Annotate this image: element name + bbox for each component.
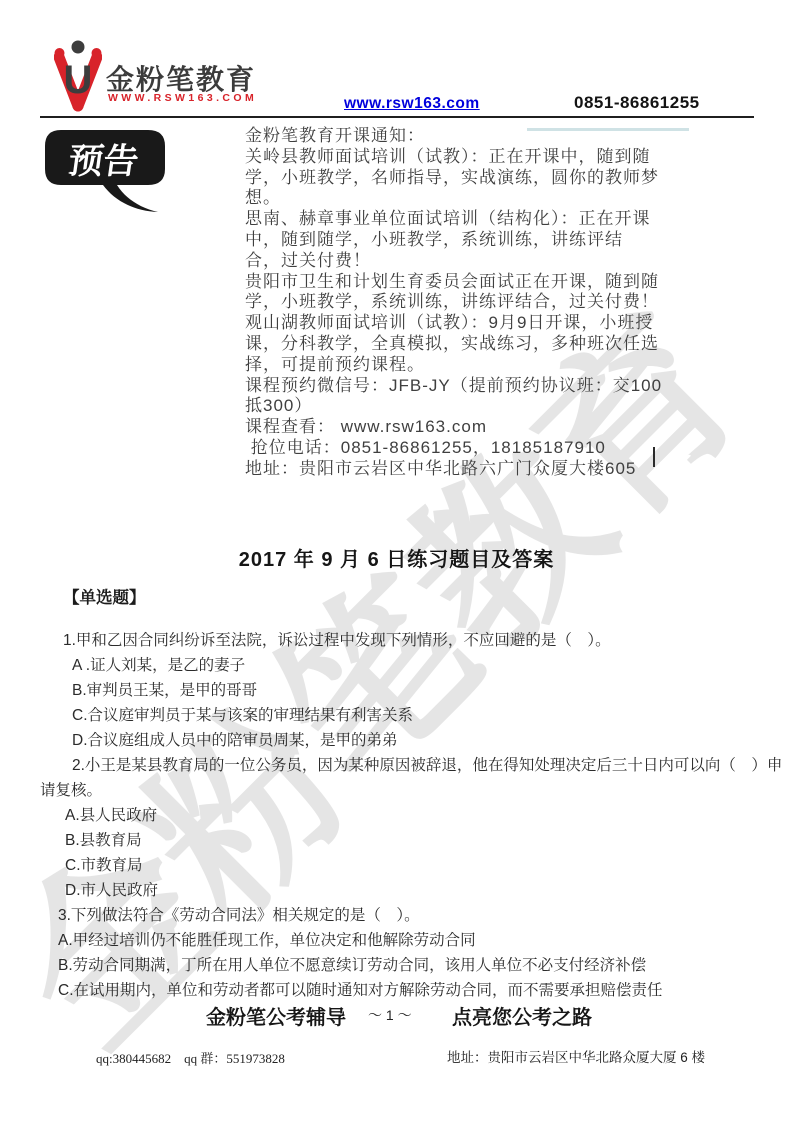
page-title: 2017 年 9 月 6 日练习题目及答案 [0, 543, 793, 572]
question-1-option-b: B.审判员王某，是甲的哥哥 [40, 678, 780, 703]
question-3-option-c: C.在试用期内，单位和劳动者都可以随时通知对方解除劳动合同，而不需要承担赔偿责任 [40, 978, 780, 1003]
brand-logo-site: WWW.RSW163.COM [108, 92, 257, 104]
question-2-stem-line-2: 请复核。 [40, 778, 780, 803]
questions-block: 1.甲和乙因合同纠纷诉至法院，诉讼过程中发现下列情形，不应回避的是（ ）。 A … [40, 620, 780, 1003]
question-1-option-a: A .证人刘某，是乙的妻子 [40, 653, 780, 678]
question-2-option-c: C.市教育局 [40, 853, 780, 878]
svg-text:U: U [64, 58, 93, 102]
question-1-option-c: C.合议庭审判员于某与该案的审理结果有利害关系 [40, 703, 780, 728]
text-cursor [653, 447, 655, 467]
announcement-text: 金粉笔教育开课通知： 关岭县教师面试培训（试教）：正在开课中，随到随 学，小班教… [245, 126, 683, 480]
document-page: 金粉笔教育 U 金粉笔教育 WWW.RSW163.COM www.rsw163.… [0, 0, 793, 1122]
preview-badge: 预告 [44, 129, 179, 217]
phone-number: 0851-86861255 [574, 93, 700, 113]
brand-logo-icon: U [54, 40, 102, 114]
question-1-stem: 1.甲和乙因合同纠纷诉至法院，诉讼过程中发现下列情形，不应回避的是（ ）。 [40, 628, 780, 653]
footer-slogan: 点亮您公考之路 [452, 1001, 592, 1030]
question-1-option-d: D.合议庭组成人员中的陪审员周某，是甲的弟弟 [40, 728, 780, 753]
qq-contact-info: qq:380445682 qq 群：551973828 [96, 1048, 285, 1067]
footer-brand: 金粉笔公考辅导 [206, 1001, 346, 1030]
section-label: 【单选题】 [63, 584, 146, 608]
question-3-option-b: B.劳动合同期满，丁所在用人单位不愿意续订劳动合同，该用人单位不必支付经济补偿 [40, 953, 780, 978]
question-2-option-b: B.县教育局 [40, 828, 780, 853]
header-divider [40, 116, 754, 118]
question-2-option-d: D.市人民政府 [40, 878, 780, 903]
question-2-option-a: A.县人民政府 [40, 803, 780, 828]
page-number: ～ 1 ～ [368, 1005, 412, 1025]
address-info: 地址：贵阳市云岩区中华北路众厦大厦 6 楼 [447, 1046, 705, 1066]
preview-badge-label: 预告 [66, 142, 141, 181]
question-3-option-a: A.甲经过培训仍不能胜任现工作，单位决定和他解除劳动合同 [40, 928, 780, 953]
question-2-stem-line-1: 2.小王是某县教育局的一位公务员，因为某种原因被辞退，他在得知处理决定后三十日内… [40, 753, 780, 778]
site-link[interactable]: www.rsw163.com [344, 95, 480, 113]
question-3-stem: 3.下列做法符合《劳动合同法》相关规定的是（ ）。 [40, 903, 780, 928]
